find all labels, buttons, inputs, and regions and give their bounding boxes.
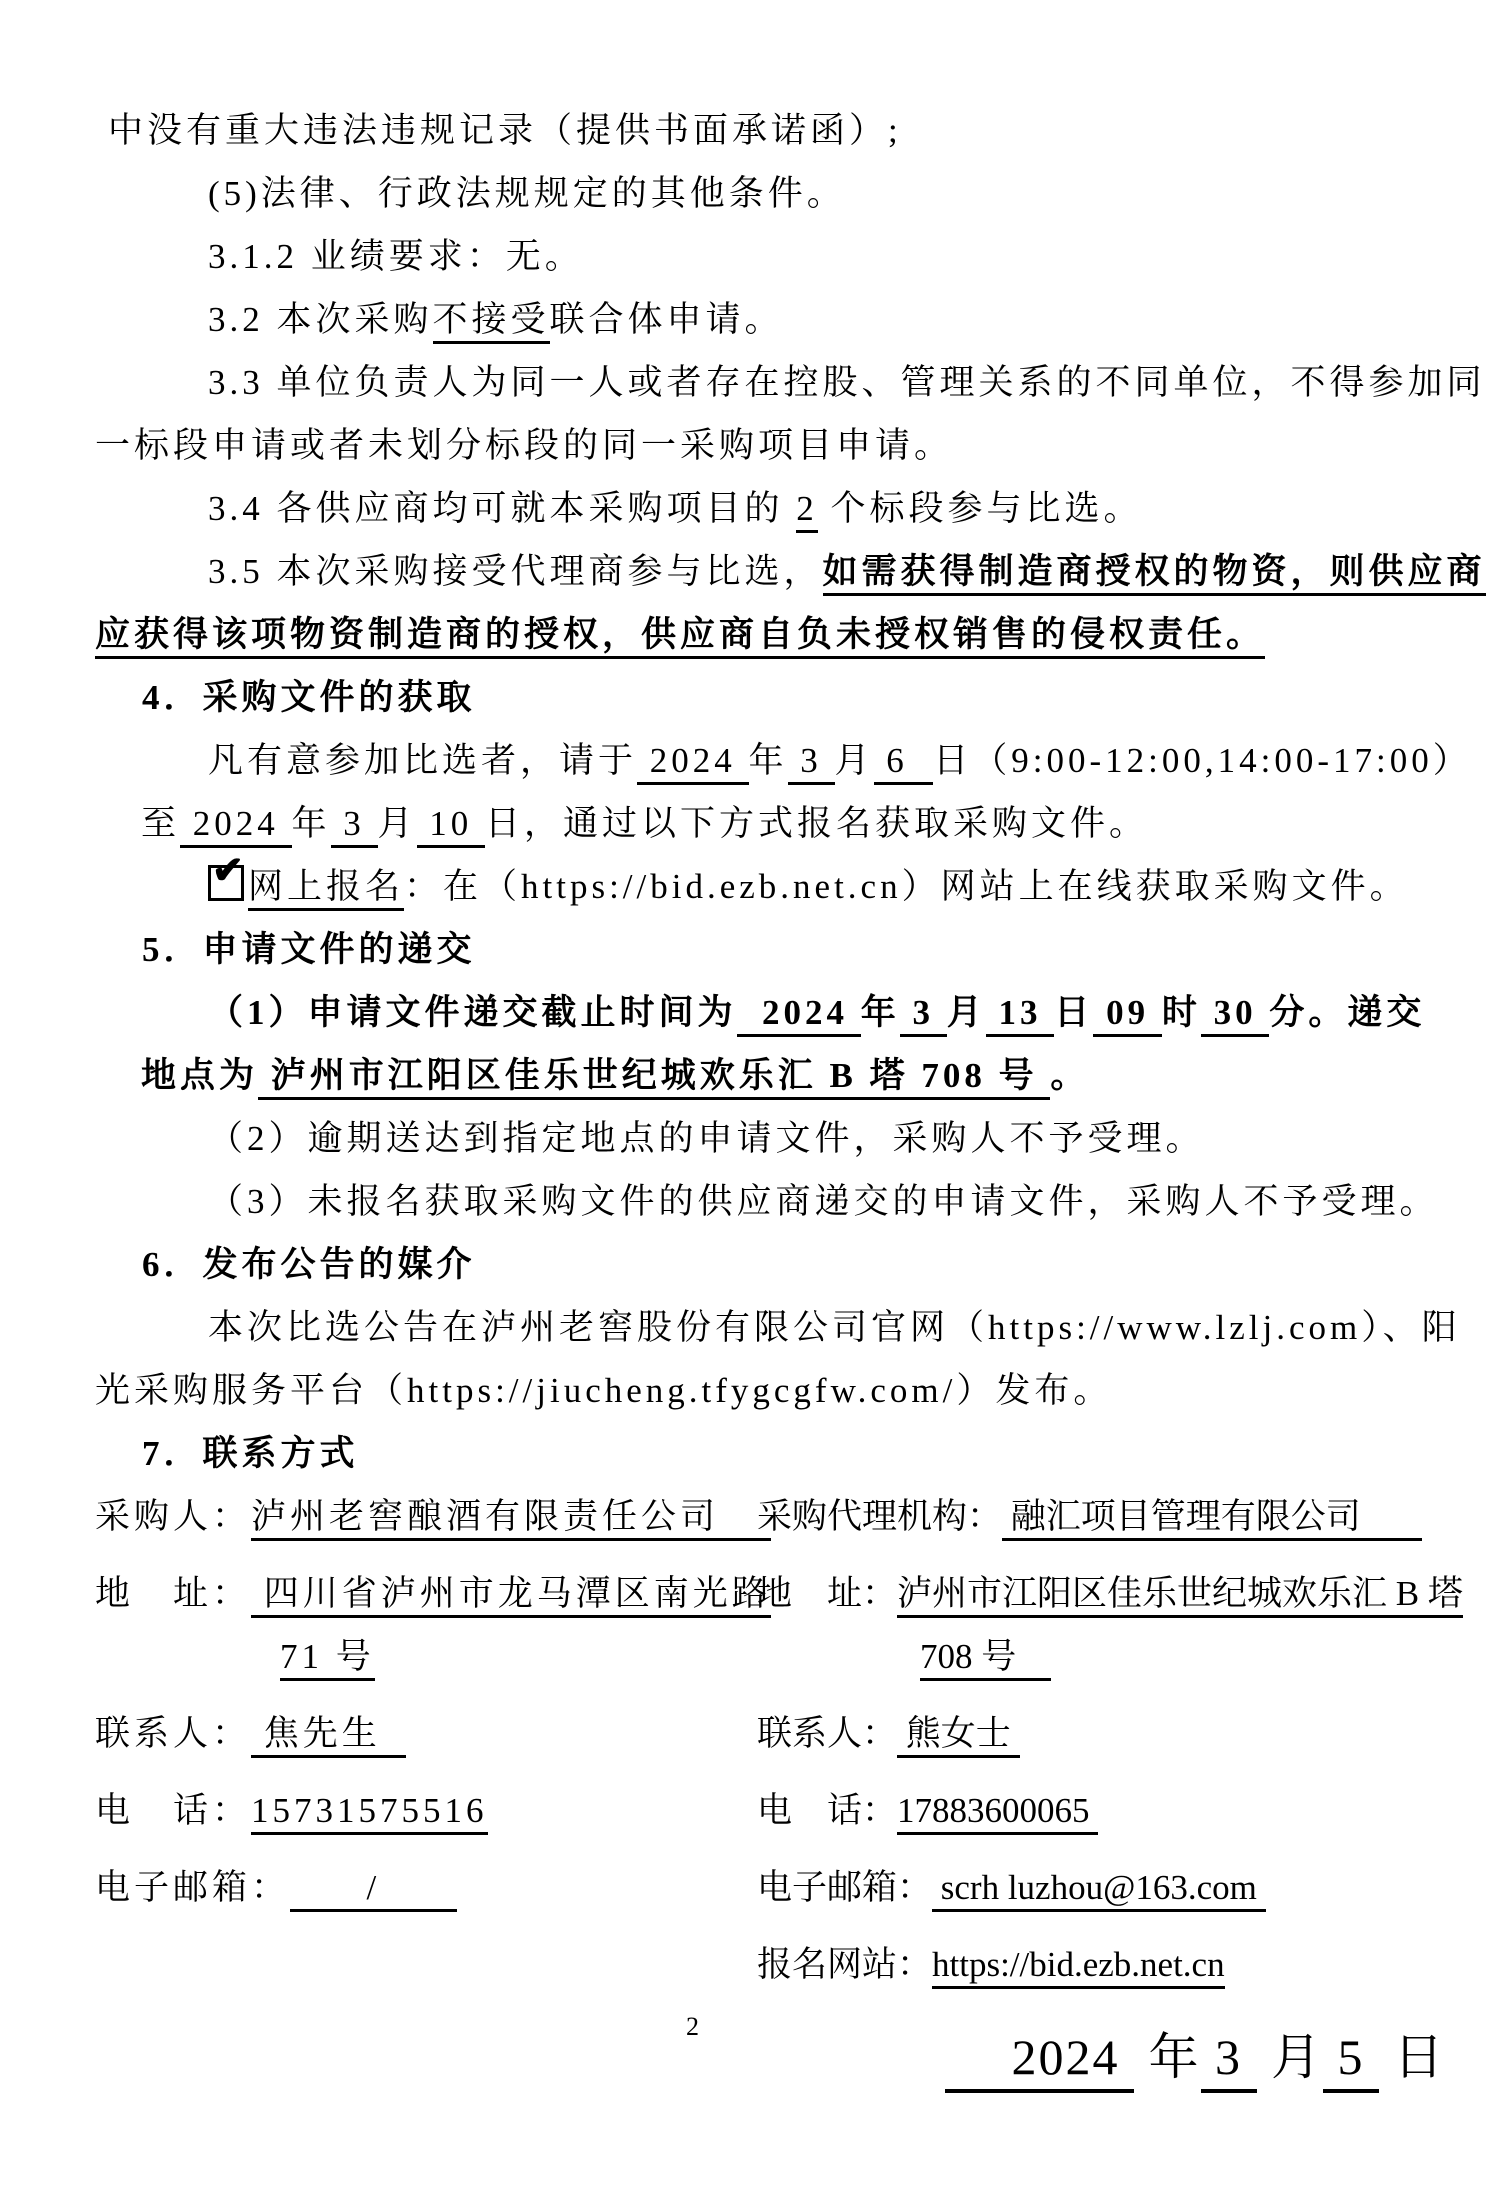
text-segment: 四川省泸州市龙马潭区南光路: [251, 1574, 771, 1618]
text-segment: 一标段申请或者未划分标段的同一采购项目申请。: [95, 426, 953, 465]
text-segment: 3: [331, 804, 378, 848]
clause-4-registration-period-line: 凡有意参加比选者，请于 2024 年 3 月 6 日（9:00-12:00,14…: [208, 729, 1438, 792]
text-segment: 2024: [637, 741, 749, 785]
text-segment: 月: [378, 804, 417, 843]
text-segment: 30: [1201, 993, 1270, 1037]
text-segment: 。: [1050, 1056, 1089, 1095]
text-segment: 17883600065: [897, 1791, 1098, 1835]
text-segment: 电子邮箱：: [95, 1868, 290, 1907]
clause-5-2-late-rejection-line: （2）逾期送达到指定地点的申请文件，采购人不予受理。: [208, 1107, 1438, 1170]
clause-continuation-no-violation: 中没有重大违法违规记录（提供书面承诺函）;: [95, 99, 1438, 162]
heading-5-document-submission-line: 5．申请文件的递交: [142, 918, 1438, 981]
agency-phone-row: 电 话：17883600065: [757, 1779, 1463, 1842]
issue-date: 2024 年 3 月 5 日: [945, 2022, 1446, 2092]
clause-3-1-2-performance: 3.1.2 业绩要求：无。: [95, 225, 1438, 288]
text-segment: 地点为: [141, 1056, 258, 1095]
text-segment: 不接受: [433, 300, 550, 344]
date-segment: 月: [1257, 2029, 1324, 2085]
text-segment: 月: [947, 993, 986, 1032]
text-segment: 2: [796, 489, 818, 533]
text-segment: ：在（https://bid.ezb.net.cn）网站上在线获取采购文件。: [404, 867, 1409, 906]
date-segment: 5: [1323, 2029, 1379, 2093]
buyer-phone-row: 电 话：15731575516: [95, 1779, 757, 1842]
text-segment: 3: [788, 741, 835, 785]
heading-6-announcement-media-line: 6．发布公告的媒介: [142, 1233, 1438, 1296]
text-segment: 个标段参与比选。: [818, 489, 1143, 528]
text-segment: 3.3 单位负责人为同一人或者存在控股、管理关系的不同单位，不得参加同: [208, 363, 1486, 402]
text-segment: https://bid.ezb.net.cn: [932, 1945, 1225, 1989]
text-segment: 3: [900, 993, 947, 1037]
text-segment: 2024: [180, 804, 292, 848]
text-segment: 年: [292, 804, 331, 843]
text-segment: 6: [874, 741, 934, 785]
document-body: 中没有重大违法违规记录（提供书面承诺函）;(5)法律、行政法规规定的其他条件。3…: [95, 99, 1438, 1485]
text-segment: scrh luzhou@163.com: [932, 1868, 1266, 1912]
text-segment: 焦先生: [251, 1714, 406, 1758]
text-segment: 至: [141, 804, 180, 843]
clause-4-registration-period: 凡有意参加比选者，请于 2024 年 3 月 6 日（9:00-12:00,14…: [95, 729, 1438, 855]
agency-address-row-line: 地 址：泸州市江阳区佳乐世纪城欢乐汇 B 塔: [757, 1562, 1463, 1625]
buyer-email-row: 电子邮箱： /: [95, 1856, 757, 1919]
agency-email-row-line: 电子邮箱： scrh luzhou@163.com: [757, 1856, 1463, 1919]
text-segment: 凡有意参加比选者，请于: [208, 741, 637, 780]
text-segment: 时: [1162, 993, 1201, 1032]
text-segment: 7．联系方式: [142, 1434, 359, 1473]
text-segment: 泸州老窖酿酒有限责任公司: [251, 1497, 771, 1541]
text-segment: 联系人：: [95, 1714, 251, 1753]
clause-6-media-body-line: 本次比选公告在泸州老窖股份有限公司官网（https://www.lzlj.com…: [208, 1296, 1438, 1359]
buyer-row: 采购人：泸州老窖酿酒有限责任公司: [95, 1485, 757, 1548]
text-segment: 电 话：: [95, 1791, 251, 1830]
text-segment: 网上报名: [248, 867, 404, 911]
text-segment: 4．采购文件的获取: [142, 678, 476, 717]
clause-3-1-2-performance-line: 3.1.2 业绩要求：无。: [208, 225, 1438, 288]
clause-6-media-body: 本次比选公告在泸州老窖股份有限公司官网（https://www.lzlj.com…: [95, 1296, 1438, 1422]
text-segment: 地 址：: [757, 1574, 897, 1613]
heading-7-contact-info-line: 7．联系方式: [142, 1422, 1438, 1485]
clause-5-1-deadline-line: （1）申请文件递交截止时间为 2024 年 3 月 13 日 09 时 30 分…: [208, 981, 1438, 1044]
text-segment: 月: [835, 741, 874, 780]
text-segment: 泸州市江阳区佳乐世纪城欢乐汇 B 塔 708 号: [258, 1056, 1050, 1100]
text-segment: 3.4 各供应商均可就本采购项目的: [208, 489, 796, 528]
buyer-phone-row-line: 电 话：15731575516: [95, 1779, 757, 1842]
text-segment: 3.5 本次采购接受代理商参与比选，: [208, 552, 823, 591]
text-segment: 3.1.2 业绩要求：无。: [208, 237, 584, 276]
text-segment: 日（9:00-12:00,14:00-17:00）: [933, 741, 1471, 780]
buyer-row-line: 采购人：泸州老窖酿酒有限责任公司: [95, 1485, 757, 1548]
heading-6-announcement-media: 6．发布公告的媒介: [95, 1233, 1438, 1296]
text-segment: 融汇项目管理有限公司: [1002, 1497, 1422, 1541]
checked-checkbox-icon: ✔: [208, 865, 244, 901]
text-segment: 中没有重大违法违规记录（提供书面承诺函）;: [108, 111, 902, 150]
text-segment: 本次比选公告在泸州老窖股份有限公司官网（https://www.lzlj.com…: [208, 1308, 1461, 1347]
clause-5-2-late-rejection: （2）逾期送达到指定地点的申请文件，采购人不予受理。: [95, 1107, 1438, 1170]
buyer-address-row-line: 地 址： 四川省泸州市龙马潭区南光路: [95, 1562, 757, 1625]
clause-5-3-unregistered-rejection-line: （3）未报名获取采购文件的供应商递交的申请文件，采购人不予受理。: [208, 1170, 1438, 1233]
heading-5-document-submission: 5．申请文件的递交: [95, 918, 1438, 981]
agency-email-row: 电子邮箱： scrh luzhou@163.com: [757, 1856, 1463, 1919]
text-segment: 年: [861, 993, 900, 1032]
clause-3-5-agent: 3.5 本次采购接受代理商参与比选，如需获得制造商授权的物资，则供应商应获得该项…: [95, 540, 1438, 666]
buyer-address-row-line: 71 号: [280, 1625, 757, 1688]
clause-3-5-agent-line: 3.5 本次采购接受代理商参与比选，如需获得制造商授权的物资，则供应商: [208, 540, 1438, 603]
heading-4-document-acquisition: 4．采购文件的获取: [95, 666, 1438, 729]
text-segment: 71 号: [280, 1637, 375, 1681]
clause-continuation-no-violation-line: 中没有重大违法违规记录（提供书面承诺函）;: [108, 99, 1438, 162]
text-segment: 应获得该项物资制造商的授权，供应商自负未授权销售的侵权责任。: [95, 615, 1265, 659]
text-segment: 如需获得制造商授权的物资，则供应商: [823, 552, 1486, 596]
text-segment: 报名网站：: [757, 1945, 932, 1984]
clause-3-4-lots-line: 3.4 各供应商均可就本采购项目的 2 个标段参与比选。: [208, 477, 1438, 540]
buyer-address-row: 地 址： 四川省泸州市龙马潭区南光路71 号: [95, 1562, 757, 1688]
agency-website-row: 报名网站：https://bid.ezb.net.cn: [757, 1933, 1463, 1996]
contact-section: 采购人：泸州老窖酿酒有限责任公司 地 址： 四川省泸州市龙马潭区南光路71 号联…: [95, 1485, 1460, 1996]
buyer-contact-column: 采购人：泸州老窖酿酒有限责任公司 地 址： 四川省泸州市龙马潭区南光路71 号联…: [95, 1485, 757, 1996]
clause-3-3-same-controller: 3.3 单位负责人为同一人或者存在控股、管理关系的不同单位，不得参加同一标段申请…: [95, 351, 1438, 477]
text-segment: 15731575516: [251, 1791, 488, 1835]
text-segment: 708 号: [920, 1637, 1051, 1681]
clause-online-registration: ✔网上报名：在（https://bid.ezb.net.cn）网站上在线获取采购…: [95, 855, 1438, 918]
clause-5-other-conditions-line: (5)法律、行政法规规定的其他条件。: [208, 162, 1438, 225]
agency-address-row: 地 址：泸州市江阳区佳乐世纪城欢乐汇 B 塔708 号: [757, 1562, 1463, 1688]
date-segment: 日: [1379, 2029, 1446, 2085]
agency-contact-column: 采购代理机构： 融汇项目管理有限公司 地 址：泸州市江阳区佳乐世纪城欢乐汇 B …: [757, 1485, 1463, 1996]
clause-3-5-agent-line: 应获得该项物资制造商的授权，供应商自负未授权销售的侵权责任。: [95, 603, 1438, 666]
agency-website-row-line: 报名网站：https://bid.ezb.net.cn: [757, 1933, 1463, 1996]
clause-3-3-same-controller-line: 3.3 单位负责人为同一人或者存在控股、管理关系的不同单位，不得参加同: [208, 351, 1438, 414]
clause-3-4-lots: 3.4 各供应商均可就本采购项目的 2 个标段参与比选。: [95, 477, 1438, 540]
clause-5-other-conditions: (5)法律、行政法规规定的其他条件。: [95, 162, 1438, 225]
text-segment: 日，通过以下方式报名获取采购文件。: [485, 804, 1148, 843]
agency-address-row-line: 708 号: [920, 1625, 1463, 1688]
text-segment: 联合体申请。: [550, 300, 784, 339]
clause-3-2-no-consortium: 3.2 本次采购不接受联合体申请。: [95, 288, 1438, 351]
text-segment: 10: [417, 804, 486, 848]
date-segment: 2024: [945, 2029, 1134, 2093]
text-segment: 13: [986, 993, 1055, 1037]
text-segment: 年: [749, 741, 788, 780]
text-segment: 联系人：: [757, 1714, 897, 1753]
agency-contact-row: 联系人： 熊女士: [757, 1702, 1463, 1765]
clause-3-3-same-controller-line: 一标段申请或者未划分标段的同一采购项目申请。: [95, 414, 1438, 477]
text-segment: 2024: [737, 993, 861, 1037]
heading-7-contact-info: 7．联系方式: [95, 1422, 1438, 1485]
clause-5-3-unregistered-rejection: （3）未报名获取采购文件的供应商递交的申请文件，采购人不予受理。: [95, 1170, 1438, 1233]
text-segment: 地 址：: [95, 1574, 251, 1613]
clause-5-1-deadline: （1）申请文件递交截止时间为 2024 年 3 月 13 日 09 时 30 分…: [95, 981, 1438, 1107]
text-segment: 日: [1054, 993, 1093, 1032]
text-segment: 采购人：: [95, 1497, 251, 1536]
date-segment: 3: [1201, 2029, 1257, 2093]
buyer-contact-row: 联系人： 焦先生: [95, 1702, 757, 1765]
text-segment: 电 话：: [757, 1791, 897, 1830]
clause-4-registration-period-line: 至 2024 年 3 月 10 日，通过以下方式报名获取采购文件。: [141, 792, 1438, 855]
page-number: 2: [686, 2012, 699, 2042]
buyer-email-row-line: 电子邮箱： /: [95, 1856, 757, 1919]
text-segment: （3）未报名获取采购文件的供应商递交的申请文件，采购人不予受理。: [208, 1182, 1439, 1221]
text-segment: 分。递交: [1269, 993, 1425, 1032]
text-segment: 泸州市江阳区佳乐世纪城欢乐汇 B 塔: [897, 1574, 1463, 1618]
text-segment: 熊女士: [897, 1714, 1020, 1758]
text-segment: （2）逾期送达到指定地点的申请文件，采购人不予受理。: [208, 1119, 1205, 1158]
text-segment: 09: [1093, 993, 1162, 1037]
text-segment: 采购代理机构：: [757, 1497, 1002, 1536]
document-page: 中没有重大违法违规记录（提供书面承诺函）;(5)法律、行政法规规定的其他条件。3…: [0, 0, 1500, 2210]
clause-6-media-body-line: 光采购服务平台（https://jiucheng.tfygcgfw.com/）发…: [95, 1359, 1438, 1422]
agency-row: 采购代理机构： 融汇项目管理有限公司: [757, 1485, 1463, 1548]
text-segment: 光采购服务平台（https://jiucheng.tfygcgfw.com/）发…: [95, 1371, 1112, 1410]
clause-online-registration-line: ✔网上报名：在（https://bid.ezb.net.cn）网站上在线获取采购…: [208, 855, 1438, 918]
text-segment: (5)法律、行政法规规定的其他条件。: [208, 174, 846, 213]
text-segment: （1）申请文件递交截止时间为: [208, 993, 737, 1032]
text-segment: 5．申请文件的递交: [142, 930, 476, 969]
clause-3-2-no-consortium-line: 3.2 本次采购不接受联合体申请。: [208, 288, 1438, 351]
text-segment: 6．发布公告的媒介: [142, 1245, 476, 1284]
text-segment: /: [290, 1868, 457, 1912]
text-segment: 电子邮箱：: [757, 1868, 932, 1907]
buyer-contact-row-line: 联系人： 焦先生: [95, 1702, 757, 1765]
agency-row-line: 采购代理机构： 融汇项目管理有限公司: [757, 1485, 1463, 1548]
date-segment: 年: [1134, 2029, 1201, 2085]
agency-phone-row-line: 电 话：17883600065: [757, 1779, 1463, 1842]
agency-contact-row-line: 联系人： 熊女士: [757, 1702, 1463, 1765]
heading-4-document-acquisition-line: 4．采购文件的获取: [142, 666, 1438, 729]
text-segment: 3.2 本次采购: [208, 300, 433, 339]
clause-5-1-deadline-line: 地点为 泸州市江阳区佳乐世纪城欢乐汇 B 塔 708 号 。: [141, 1044, 1438, 1107]
